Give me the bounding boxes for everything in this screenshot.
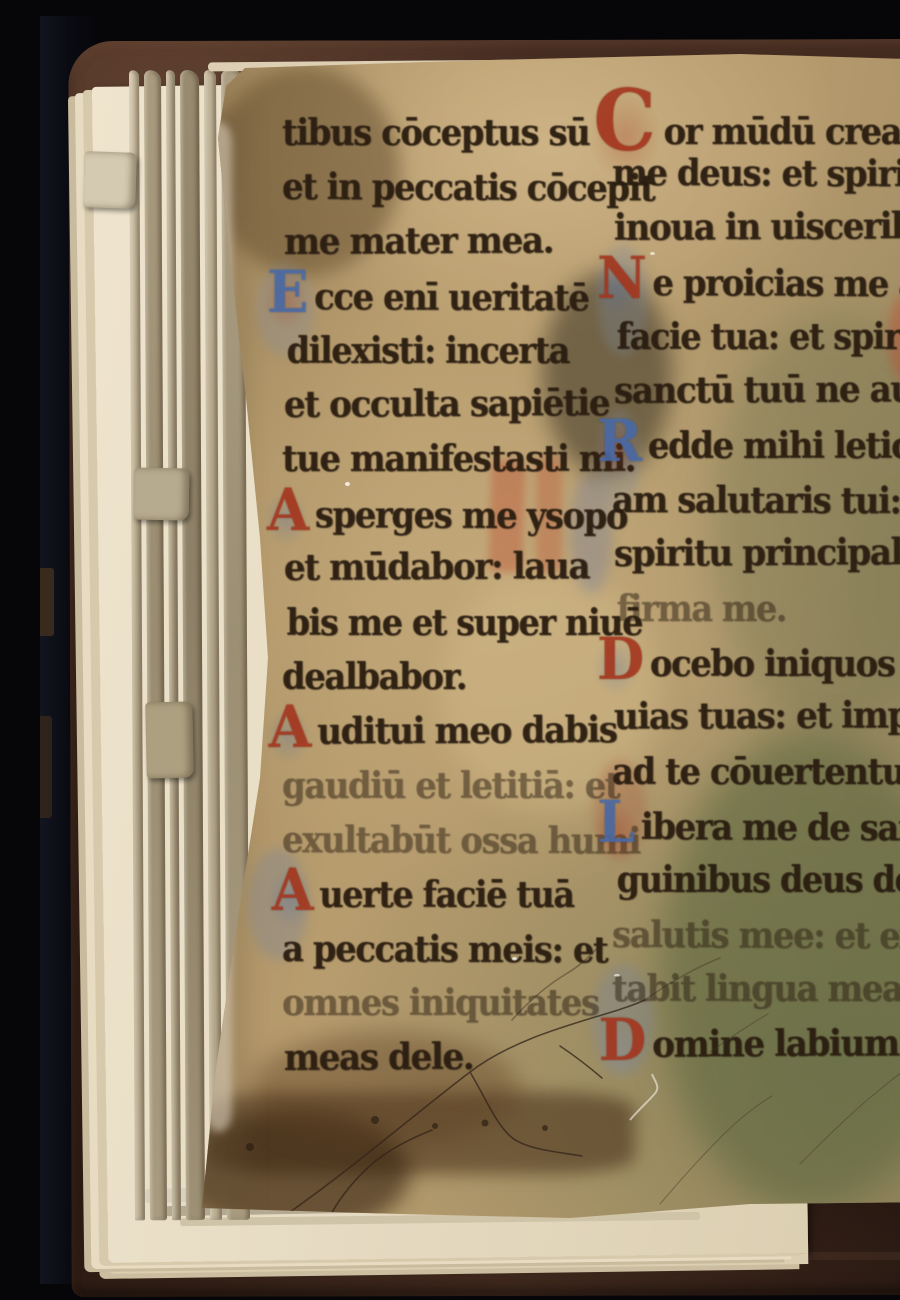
parchment-veins	[190, 52, 900, 1222]
bookmark-tab	[83, 151, 137, 209]
fore-edge-strip	[166, 70, 181, 1220]
clasp-remnant	[40, 716, 52, 818]
photo-scene: Photograph of a medieval parchment manus…	[40, 16, 860, 1284]
bookmark-tab	[145, 702, 194, 779]
fore-edge-strip	[144, 70, 167, 1220]
fore-edge-strip	[180, 70, 205, 1220]
parchment-page: tibus cōceptus sūet in peccatis cōcepitm…	[190, 52, 900, 1222]
clasp-remnant	[40, 568, 54, 636]
bookmark-tab	[134, 468, 190, 521]
